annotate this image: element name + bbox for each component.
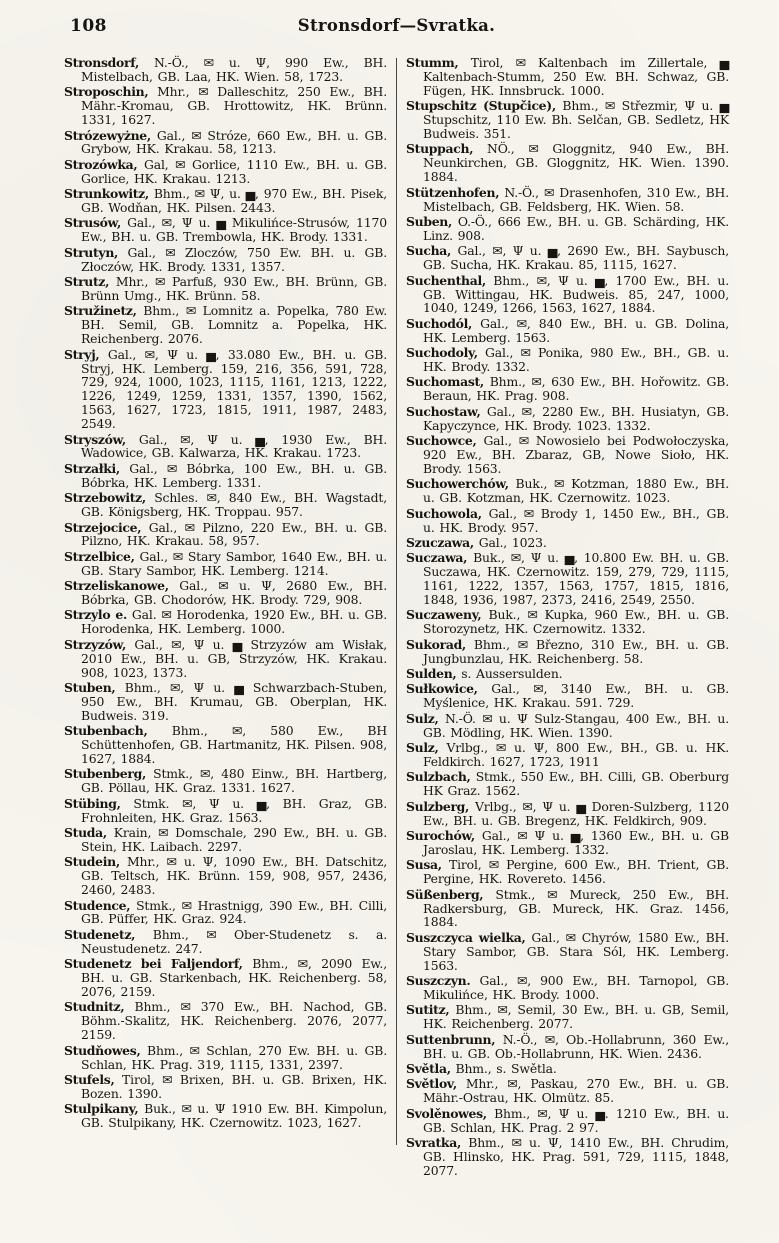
entry-text: Tirol, ✉ Kaltenbach im Zillertale, ▅ Kal…: [423, 55, 729, 98]
entry-headword: Strzebowitz,: [64, 490, 146, 505]
entry-headword: Suchostaw,: [406, 404, 480, 419]
gazetteer-entry: Studenetz, Bhm., ✉ Ober-Studenetz s. a. …: [64, 928, 387, 956]
entry-headword: Stroposchin,: [64, 84, 148, 99]
gazetteer-entry: Suchomast, Bhm., ✉, 630 Ew., BH. Hořowit…: [406, 375, 729, 403]
entry-headword: Suchodól,: [406, 316, 472, 331]
entry-headword: Stronsdorf,: [64, 55, 139, 70]
entry-text: Vrlbg., ✉, Ψ u. ▅ Doren-Sulzberg, 1120 E…: [423, 799, 729, 828]
gazetteer-entry: Surochów, Gal., ✉ Ψ u. ▅, 1360 Ew., BH. …: [406, 829, 729, 857]
entry-headword: Süßenberg,: [406, 887, 483, 902]
entry-headword: Stuben,: [64, 680, 115, 695]
entry-headword: Strzelbice,: [64, 549, 135, 564]
entry-text: Gal., ✉, Ψ u. ▅ Mikulińce-Strusów, 1170 …: [81, 215, 387, 244]
entry-text: Gal. ✉ Horodenka, 1920 Ew., BH. u. GB. H…: [81, 607, 387, 636]
entry-text: Gal., ✉, Ψ u. ▅, 33.080 Ew., BH. u. GB. …: [81, 347, 387, 432]
entry-text: Gal., ✉ Zloczów, 750 Ew. BH. u. GB. Złoc…: [81, 245, 387, 274]
scanned-page: 108 Stronsdorf—Svratka. Stronsdorf, N.-Ö…: [0, 0, 779, 1243]
gazetteer-entry: Strunkowitz, Bhm., ✉ Ψ, u. ▅, 970 Ew., B…: [64, 187, 387, 215]
gazetteer-entry: Strutz, Mhr., ✉ Parfuß, 930 Ew., BH. Brü…: [64, 275, 387, 303]
entry-text: Bhm., ✉ u. Ψ, 1410 Ew., BH. Chrudim, GB.…: [423, 1135, 729, 1178]
entry-headword: Stulpikany,: [64, 1101, 138, 1116]
gazetteer-entry: Stübing, Stmk. ✉, Ψ u. ▅, BH. Graz, GB. …: [64, 797, 387, 825]
gazetteer-entry: Stützenhofen, N.-Ö., ✉ Drasenhofen, 310 …: [406, 186, 729, 214]
gazetteer-entry: Sucha, Gal., ✉, Ψ u. ▅, 2690 Ew., BH. Sa…: [406, 244, 729, 272]
entry-text: Gal., ✉ Bóbrka, 100 Ew., BH. u. GB. Bóbr…: [81, 461, 387, 490]
entry-headword: Stumm,: [406, 55, 458, 70]
entry-headword: Stryszów,: [64, 432, 126, 447]
entry-headword: Surochów,: [406, 828, 475, 843]
gazetteer-entry: Svratka, Bhm., ✉ u. Ψ, 1410 Ew., BH. Chr…: [406, 1136, 729, 1178]
entry-text: Vrlbg., ✉ u. Ψ, 800 Ew., BH., GB. u. HK.…: [423, 740, 729, 769]
gazetteer-entry: Stupschitz (Stupčice), Bhm., ✉ Střezmir,…: [406, 99, 729, 141]
gazetteer-entry: Süßenberg, Stmk., ✉ Mureck, 250 Ew., BH.…: [406, 888, 729, 930]
gazetteer-entry: Strzebowitz, Schles. ✉, 840 Ew., BH. Wag…: [64, 491, 387, 519]
entry-headword: Sułkowice,: [406, 681, 478, 696]
gazetteer-entry: Stuppach, NÖ., ✉ Gloggnitz, 940 Ew., BH.…: [406, 142, 729, 184]
entry-headword: Studňowes,: [64, 1043, 140, 1058]
entry-text: s. Aussersulden.: [461, 666, 562, 681]
entry-headword: Studein,: [64, 854, 120, 869]
entry-headword: Stružinetz,: [64, 303, 137, 318]
gazetteer-entry: Szuczawa, Gal., 1023.: [406, 536, 729, 550]
entry-headword: Suszczyca wielka,: [406, 930, 526, 945]
gazetteer-entry: Studein, Mhr., ✉ u. Ψ, 1090 Ew., BH. Dat…: [64, 855, 387, 897]
entry-text: Bhm., ✉ Březno, 310 Ew., BH. u. GB. Jung…: [423, 637, 729, 666]
entry-headword: Suchowola,: [406, 506, 482, 521]
gazetteer-entry: Suchodól, Gal., ✉, 840 Ew., BH. u. GB. D…: [406, 317, 729, 345]
gazetteer-entry: Stubenberg, Stmk., ✉, 480 Einw., BH. Har…: [64, 767, 387, 795]
entry-headword: Sulzbach,: [406, 769, 471, 784]
entry-headword: Suttenbrunn,: [406, 1032, 495, 1047]
gazetteer-entry: Suttenbrunn, N.-Ö., ✉, Ob.-Hollabrunn, 3…: [406, 1033, 729, 1061]
entry-text: Tirol, ✉ Pergine, 600 Ew., BH. Trient, G…: [423, 857, 729, 886]
gazetteer-entry: Stroposchin, Mhr., ✉ Dalleschitz, 250 Ew…: [64, 85, 387, 127]
gazetteer-entry: Suchowerchów, Buk., ✉ Kotzman, 1880 Ew.,…: [406, 477, 729, 505]
entry-headword: Studenetz bei Faljendorf,: [64, 956, 243, 971]
gazetteer-entry: Strzylo e. Gal. ✉ Horodenka, 1920 Ew., B…: [64, 608, 387, 636]
entry-headword: Strusów,: [64, 215, 121, 230]
entry-headword: Suchowce,: [406, 433, 476, 448]
entry-headword: Stupschitz (Stupčice),: [406, 98, 556, 113]
gazetteer-entry: Stružinetz, Bhm., ✉ Lomnitz a. Popelka, …: [64, 304, 387, 346]
gazetteer-entry: Sutitz, Bhm., ✉, Semil, 30 Ew., BH. u. G…: [406, 1003, 729, 1031]
entry-headword: Suczaweny,: [406, 607, 481, 622]
gazetteer-entry: Strzeliskanowe, Gal., ✉ u. Ψ, 2680 Ew., …: [64, 579, 387, 607]
gazetteer-entry: Stryj, Gal., ✉, Ψ u. ▅, 33.080 Ew., BH. …: [64, 348, 387, 431]
entry-headword: Svratka,: [406, 1135, 461, 1150]
entry-text: Tirol, ✉ Brixen, BH. u. GB. Brixen, HK. …: [81, 1072, 387, 1101]
gazetteer-entry: Svolěnowes, Bhm., ✉, Ψ u. ▅. 1210 Ew., B…: [406, 1107, 729, 1135]
entry-headword: Suben,: [406, 214, 452, 229]
gazetteer-entry: Suchowola, Gal., ✉ Brody 1, 1450 Ew., BH…: [406, 507, 729, 535]
entry-headword: Stryj,: [64, 347, 99, 362]
gazetteer-entry: Sulz, Vrlbg., ✉ u. Ψ, 800 Ew., BH., GB. …: [406, 741, 729, 769]
gazetteer-entry: Stubenbach, Bhm., ✉, 580 Ew., BH Schütte…: [64, 724, 387, 766]
entry-headword: Szuczawa,: [406, 535, 474, 550]
entry-headword: Stübing,: [64, 796, 121, 811]
page-title: Stronsdorf—Svratka.: [64, 14, 729, 35]
entry-text: Bhm., s. Swětla.: [456, 1061, 557, 1076]
gazetteer-entry: Sukorad, Bhm., ✉ Březno, 310 Ew., BH. u.…: [406, 638, 729, 666]
gazetteer-entry: Stulpikany, Buk., ✉ u. Ψ 1910 Ew. BH. Ki…: [64, 1102, 387, 1130]
gazetteer-entry: Suchodoly, Gal., ✉ Ponika, 980 Ew., BH.,…: [406, 346, 729, 374]
gazetteer-entry: Světla, Bhm., s. Swětla.: [406, 1062, 729, 1076]
entry-headword: Suchowerchów,: [406, 476, 509, 491]
gazetteer-entry: Stufels, Tirol, ✉ Brixen, BH. u. GB. Bri…: [64, 1073, 387, 1101]
entry-headword: Strózewyżne,: [64, 128, 151, 143]
gazetteer-entry: Sulden, s. Aussersulden.: [406, 667, 729, 681]
gazetteer-entry: Strózewyżne, Gal., ✉ Stróze, 660 Ew., BH…: [64, 129, 387, 157]
gazetteer-entry: Suchenthal, Bhm., ✉, Ψ u. ▅, 1700 Ew., B…: [406, 274, 729, 316]
entry-text: Stmk. ✉, Ψ u. ▅, BH. Graz, GB. Frohnleit…: [81, 796, 387, 825]
entry-headword: Suchenthal,: [406, 273, 486, 288]
gazetteer-entry: Suszczyn. Gal., ✉, 900 Ew., BH. Tarnopol…: [406, 974, 729, 1002]
gazetteer-entry: Stumm, Tirol, ✉ Kaltenbach im Zillertale…: [406, 56, 729, 98]
gazetteer-entry: Stuben, Bhm., ✉, Ψ u. ▅ Schwarzbach-Stub…: [64, 681, 387, 723]
page-header: 108 Stronsdorf—Svratka.: [64, 14, 729, 48]
entry-headword: Strzeliskanowe,: [64, 578, 169, 593]
entry-text: Bhm., ✉, Ψ u. ▅ Schwarzbach-Stuben, 950 …: [81, 680, 387, 723]
gazetteer-entry: Strozówka, Gal, ✉ Gorlice, 1110 Ew., BH.…: [64, 158, 387, 186]
gazetteer-entry: Susa, Tirol, ✉ Pergine, 600 Ew., BH. Tri…: [406, 858, 729, 886]
gazetteer-entry: Strzałki, Gal., ✉ Bóbrka, 100 Ew., BH. u…: [64, 462, 387, 490]
entry-text: Gal., ✉, Ψ u. ▅, 2690 Ew., BH. Saybusch,…: [423, 243, 729, 272]
gazetteer-entry: Sulzbach, Stmk., 550 Ew., BH. Cilli, GB.…: [406, 770, 729, 798]
entry-headword: Sulz,: [406, 711, 439, 726]
entry-headword: Stubenbach,: [64, 723, 148, 738]
gazetteer-entry: Suchostaw, Gal., ✉, 2280 Ew., BH. Husiat…: [406, 405, 729, 433]
entry-text: Bhm., ✉ 370 Ew., BH. Nachod, GB. Böhm.-S…: [81, 999, 387, 1042]
entry-headword: Suchodoly,: [406, 345, 478, 360]
entry-headword: Stubenberg,: [64, 766, 146, 781]
entry-headword: Susa,: [406, 857, 442, 872]
gazetteer-entry: Strusów, Gal., ✉, Ψ u. ▅ Mikulińce-Strus…: [64, 216, 387, 244]
gazetteer-entry: Studnitz, Bhm., ✉ 370 Ew., BH. Nachod, G…: [64, 1000, 387, 1042]
gazetteer-entry: Suczawa, Buk., ✉, Ψ u. ▅, 10.800 Ew. BH.…: [406, 551, 729, 607]
gazetteer-entry: Suchowce, Gal., ✉ Nowosielo bei Podwołoc…: [406, 434, 729, 476]
entry-headword: Stufels,: [64, 1072, 115, 1087]
entry-headword: Studa,: [64, 825, 107, 840]
entry-text: Gal., 1023.: [479, 535, 547, 550]
gazetteer-entry: Sułkowice, Gal., ✉, 3140 Ew., BH. u. GB.…: [406, 682, 729, 710]
column-divider-rule: [396, 58, 397, 1145]
entry-text: Buk., ✉, Ψ u. ▅, 10.800 Ew. BH. u. GB. S…: [423, 550, 729, 607]
gazetteer-entry: Strzyzów, Gal., ✉, Ψ u. ▅ Strzyzów am Wi…: [64, 638, 387, 680]
left-column: Stronsdorf, N.-Ö., ✉ u. Ψ, 990 Ew., BH. …: [64, 56, 387, 1179]
entry-headword: Strutz,: [64, 274, 109, 289]
entry-headword: Studnitz,: [64, 999, 124, 1014]
gazetteer-entry: Studenetz bei Faljendorf, Bhm., ✉, 2090 …: [64, 957, 387, 999]
entry-text: Mhr., ✉, Paskau, 270 Ew., BH. u. GB. Mäh…: [423, 1076, 729, 1105]
entry-headword: Světlov,: [406, 1076, 457, 1091]
entry-text: O.-Ö., 666 Ew., BH. u. GB. Schärding, HK…: [423, 214, 729, 243]
entry-headword: Sucha,: [406, 243, 451, 258]
entry-headword: Strzałki,: [64, 461, 120, 476]
entry-headword: Studenetz,: [64, 927, 135, 942]
entry-headword: Sulden,: [406, 666, 456, 681]
entry-headword: Sutitz,: [406, 1002, 449, 1017]
entry-headword: Svolěnowes,: [406, 1106, 487, 1121]
gazetteer-entry: Studňowes, Bhm., ✉ Schlan, 270 Ew. BH. u…: [64, 1044, 387, 1072]
gazetteer-entry: Studence, Stmk., ✉ Hrastnigg, 390 Ew., B…: [64, 899, 387, 927]
entry-headword: Sukorad,: [406, 637, 466, 652]
entry-headword: Strozówka,: [64, 157, 137, 172]
entry-text: N.-Ö. ✉ u. Ψ Sulz-Stangau, 400 Ew., BH. …: [423, 711, 729, 740]
gazetteer-entry: Studa, Krain, ✉ Domschale, 290 Ew., BH. …: [64, 826, 387, 854]
entry-headword: Strzyzów,: [64, 637, 126, 652]
gazetteer-entry: Sulzberg, Vrlbg., ✉, Ψ u. ▅ Doren-Sulzbe…: [406, 800, 729, 828]
gazetteer-entry: Strzejocice, Gal., ✉ Pilzno, 220 Ew., BH…: [64, 521, 387, 549]
gazetteer-entry: Suben, O.-Ö., 666 Ew., BH. u. GB. Schärd…: [406, 215, 729, 243]
gazetteer-entry: Stryszów, Gal., ✉, Ψ u. ▅, 1930 Ew., BH.…: [64, 433, 387, 461]
entry-headword: Strutyn,: [64, 245, 118, 260]
gazetteer-entry: Stronsdorf, N.-Ö., ✉ u. Ψ, 990 Ew., BH. …: [64, 56, 387, 84]
entry-headword: Světla,: [406, 1061, 451, 1076]
entry-headword: Stützenhofen,: [406, 185, 499, 200]
entry-text: Mhr., ✉ Parfuß, 930 Ew., BH. Brünn, GB. …: [81, 274, 387, 303]
gazetteer-entry: Sulz, N.-Ö. ✉ u. Ψ Sulz-Stangau, 400 Ew.…: [406, 712, 729, 740]
entry-headword: Stuppach,: [406, 141, 473, 156]
page-number: 108: [70, 16, 107, 36]
entry-text: Gal., ✉, Ψ u. ▅ Strzyzów am Wisłak, 2010…: [81, 637, 387, 680]
entry-headword: Studence,: [64, 898, 130, 913]
entry-text: Gal., ✉, Ψ u. ▅, 1930 Ew., BH. Wadowice,…: [81, 432, 387, 461]
gazetteer-entry: Suczaweny, Buk., ✉ Kupka, 960 Ew., BH. u…: [406, 608, 729, 636]
entry-headword: Suszczyn.: [406, 973, 470, 988]
entry-text: Krain, ✉ Domschale, 290 Ew., BH. u. GB. …: [81, 825, 387, 854]
text-columns: Stronsdorf, N.-Ö., ✉ u. Ψ, 990 Ew., BH. …: [64, 56, 729, 1179]
entry-text: Bhm., ✉, Semil, 30 Ew., BH. u. GB, Semil…: [423, 1002, 729, 1031]
gazetteer-entry: Světlov, Mhr., ✉, Paskau, 270 Ew., BH. u…: [406, 1077, 729, 1105]
right-column: Stumm, Tirol, ✉ Kaltenbach im Zillertale…: [406, 56, 729, 1179]
entry-headword: Suczawa,: [406, 550, 467, 565]
entry-headword: Strzejocice,: [64, 520, 141, 535]
gazetteer-entry: Suszczyca wielka, Gal., ✉ Chyrów, 1580 E…: [406, 931, 729, 973]
entry-headword: Strunkowitz,: [64, 186, 149, 201]
entry-headword: Sulzberg,: [406, 799, 469, 814]
entry-headword: Sulz,: [406, 740, 439, 755]
gazetteer-entry: Strzelbice, Gal., ✉ Stary Sambor, 1640 E…: [64, 550, 387, 578]
entry-text: Mhr., ✉ u. Ψ, 1090 Ew., BH. Datschitz, G…: [81, 854, 387, 897]
gazetteer-entry: Strutyn, Gal., ✉ Zloczów, 750 Ew. BH. u.…: [64, 246, 387, 274]
entry-headword: Strzylo e.: [64, 607, 127, 622]
entry-headword: Suchomast,: [406, 374, 484, 389]
